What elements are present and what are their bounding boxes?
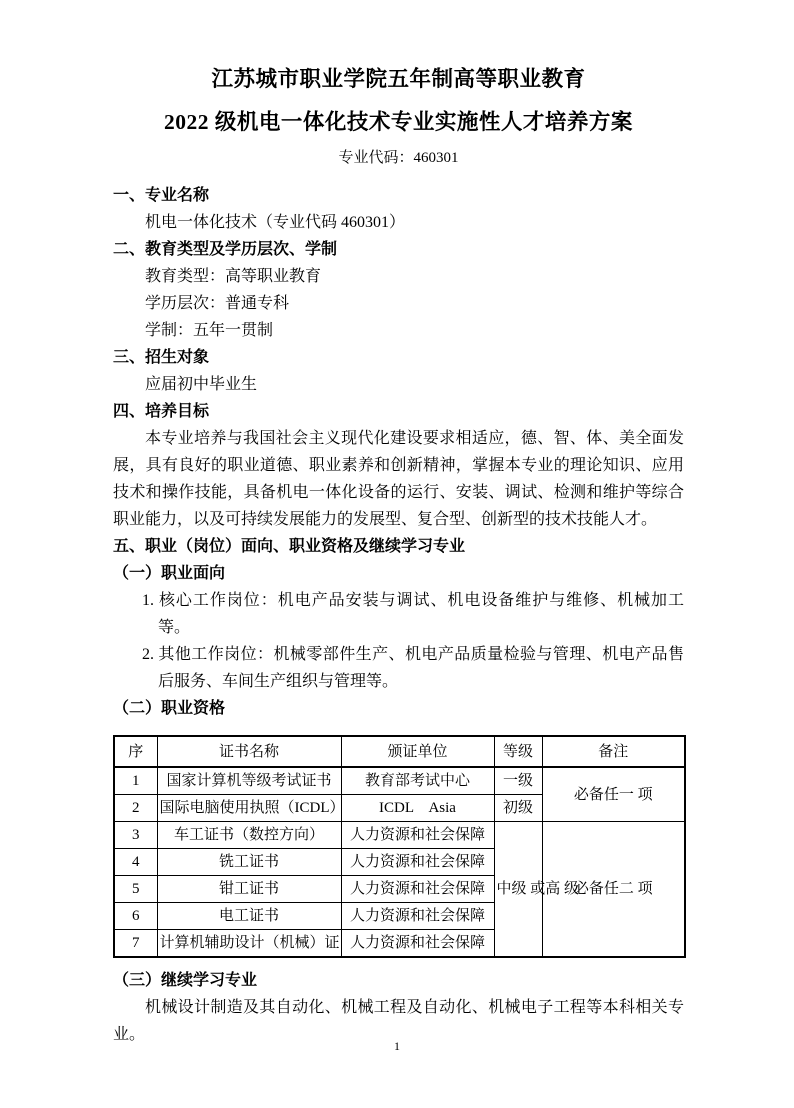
- table-row: 1 国家计算机等级考试证书 教育部考试中心 一级 必备任一 项: [114, 767, 685, 795]
- cell-level: 一级: [494, 767, 542, 795]
- subsection-3-heading: （三）继续学习专业: [113, 967, 684, 994]
- header-cell-note: 备注: [542, 736, 685, 767]
- subsection-1-heading: （一）职业面向: [113, 560, 684, 587]
- cell-issuer: ICDL Asia: [341, 795, 494, 822]
- cell-cert-name: 国家计算机等级考试证书: [157, 767, 341, 795]
- table-header-row: 序 证书名称 颁证单位 等级 备注: [114, 736, 685, 767]
- subsection-2-heading: （二）职业资格: [113, 695, 684, 722]
- section-3-heading: 三、招生对象: [113, 344, 684, 371]
- cell-cert-name: 电工证书: [157, 903, 341, 930]
- cell-level: 初级: [494, 795, 542, 822]
- cell-issuer: 人力资源和社会保障: [341, 822, 494, 849]
- cell-cert-name: 铣工证书: [157, 849, 341, 876]
- education-type-line: 教育类型：高等职业教育: [113, 263, 684, 290]
- cell-no: 2: [114, 795, 157, 822]
- document-page: 江苏城市职业学院五年制高等职业教育 2022 级机电一体化技术专业实施性人才培养…: [0, 0, 794, 1108]
- major-code-subtitle: 专业代码：460301: [113, 146, 684, 170]
- section-4-heading: 四、培养目标: [113, 398, 684, 425]
- header-cell-level: 等级: [494, 736, 542, 767]
- cell-cert-name: 车工证书（数控方向）: [157, 822, 341, 849]
- header-cell-cert-name: 证书名称: [157, 736, 341, 767]
- cell-no: 4: [114, 849, 157, 876]
- cell-no: 3: [114, 822, 157, 849]
- cell-note-merged-1-2: 必备任一 项: [542, 767, 685, 822]
- core-job-item: 1. 核心工作岗位：机电产品安装与调试、机电设备维护与维修、机械加工等。: [113, 587, 684, 641]
- table-row: 3 车工证书（数控方向） 人力资源和社会保障 中级 或高 级 必备任二 项: [114, 822, 685, 849]
- document-title-line2: 2022 级机电一体化技术专业实施性人才培养方案: [113, 107, 684, 137]
- header-cell-issuer: 颁证单位: [341, 736, 494, 767]
- other-job-item: 2. 其他工作岗位：机械零部件生产、机电产品质量检验与管理、机电产品售后服务、车…: [113, 641, 684, 695]
- degree-level-line: 学历层次：普通专科: [113, 290, 684, 317]
- cell-cert-name: 钳工证书: [157, 876, 341, 903]
- enrollment-target-text: 应届初中毕业生: [113, 371, 684, 398]
- section-5-heading: 五、职业（岗位）面向、职业资格及继续学习专业: [113, 533, 684, 560]
- cell-no: 5: [114, 876, 157, 903]
- section-1-heading: 一、专业名称: [113, 182, 684, 209]
- schooling-length-line: 学制：五年一贯制: [113, 317, 684, 344]
- cell-cert-name: 国际电脑使用执照（ICDL）: [157, 795, 341, 822]
- cell-issuer: 人力资源和社会保障: [341, 849, 494, 876]
- cell-issuer: 人力资源和社会保障: [341, 930, 494, 958]
- header-cell-no: 序: [114, 736, 157, 767]
- document-content: 江苏城市职业学院五年制高等职业教育 2022 级机电一体化技术专业实施性人才培养…: [113, 64, 684, 1048]
- cell-issuer: 教育部考试中心: [341, 767, 494, 795]
- cell-issuer: 人力资源和社会保障: [341, 903, 494, 930]
- cell-level-merged-3-7: 中级 或高 级: [494, 822, 542, 958]
- cell-no: 6: [114, 903, 157, 930]
- cell-issuer: 人力资源和社会保障: [341, 876, 494, 903]
- cell-no: 1: [114, 767, 157, 795]
- section-2-heading: 二、教育类型及学历层次、学制: [113, 236, 684, 263]
- page-number: 1: [0, 1038, 794, 1054]
- cell-cert-name: 计算机辅助设计（机械）证: [157, 930, 341, 958]
- cell-no: 7: [114, 930, 157, 958]
- document-title-line1: 江苏城市职业学院五年制高等职业教育: [113, 64, 684, 94]
- major-name-text: 机电一体化技术（专业代码 460301）: [113, 209, 684, 236]
- training-objective-paragraph: 本专业培养与我国社会主义现代化建设要求相适应，德、智、体、美全面发展，具有良好的…: [113, 425, 684, 533]
- qualification-table: 序 证书名称 颁证单位 等级 备注 1 国家计算机等级考试证书 教育部考试中心 …: [113, 735, 686, 958]
